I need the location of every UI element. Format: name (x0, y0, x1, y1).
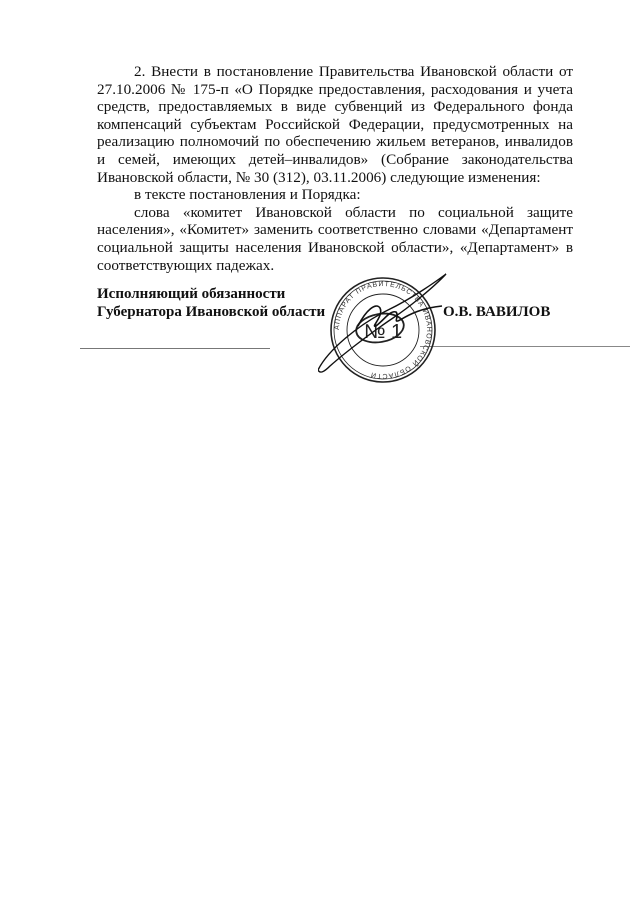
signatory-title-line1: Исполняющий обязанности (97, 285, 325, 303)
divider-left (80, 348, 270, 349)
paragraph-amendment: 2. Внести в постановление Правительства … (97, 63, 573, 186)
document-page: 2. Внести в постановление Правительства … (0, 0, 640, 905)
paragraph-scope: в тексте постановления и Порядка: (97, 186, 573, 204)
divider-right (420, 346, 630, 347)
official-stamp-icon: АППАРАТ ПРАВИТЕЛЬСТВА ИВАНОВСКОЙ ОБЛАСТИ… (318, 270, 448, 390)
signatory-title: Исполняющий обязанности Губернатора Иван… (97, 285, 325, 321)
document-body: 2. Внести в постановление Правительства … (97, 63, 573, 274)
paragraph-replacement: слова «комитет Ивановской области по соц… (97, 204, 573, 274)
signatory-title-line2: Губернатора Ивановской области (97, 303, 325, 321)
signatory-name: О.В. ВАВИЛОВ (443, 303, 550, 321)
